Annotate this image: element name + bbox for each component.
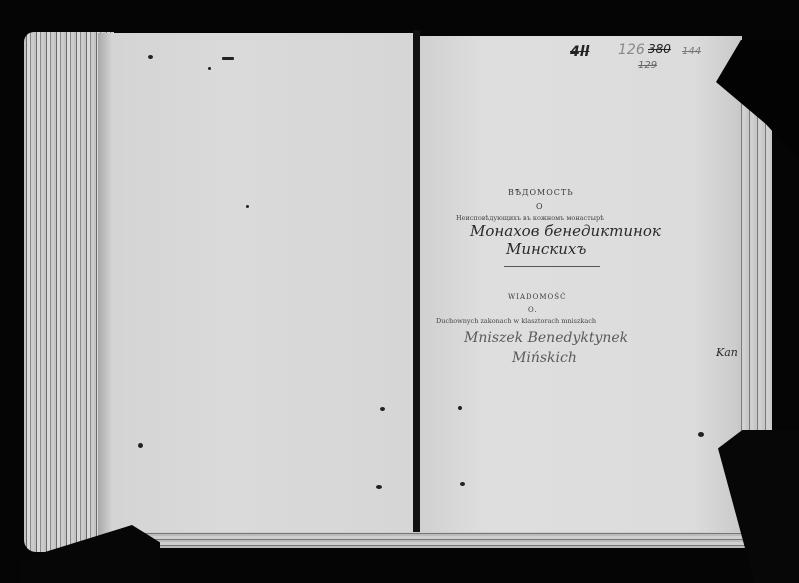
ink-spot bbox=[460, 482, 465, 486]
ru-handwritten-line2: Минскихъ bbox=[506, 240, 586, 258]
pl-prep: O. bbox=[528, 306, 538, 314]
ink-spot bbox=[380, 407, 385, 411]
folio-struck-small: 144 bbox=[682, 46, 701, 57]
pl-subtitle: Duchownych zakonach w klasztorach mniszk… bbox=[436, 317, 596, 325]
ink-spot bbox=[376, 485, 382, 489]
folio-number: 126 bbox=[618, 42, 645, 58]
folio-struck: 4ll bbox=[570, 44, 589, 60]
left-page bbox=[98, 33, 416, 543]
pl-handwritten-line1: Mniszek Benedyktynek bbox=[464, 330, 628, 346]
pl-title: WIADOMOŚĆ bbox=[508, 293, 566, 301]
ink-spot bbox=[246, 205, 249, 208]
ru-subtitle: Неисповѣдующихъ въ кожномъ монастырѣ bbox=[456, 214, 604, 222]
ink-spot bbox=[458, 406, 462, 410]
ru-title: ВѢДОМОСТЬ bbox=[508, 188, 574, 197]
ink-spot bbox=[208, 67, 211, 70]
divider-rule bbox=[504, 266, 600, 267]
ink-spot bbox=[148, 55, 153, 59]
folio-alt: 380 bbox=[648, 42, 671, 56]
book-gutter bbox=[413, 30, 420, 545]
ru-prep: О bbox=[536, 202, 544, 211]
ink-spot bbox=[138, 443, 143, 448]
book-bottom-edge bbox=[130, 532, 770, 548]
folio-struck-under: 129 bbox=[638, 60, 657, 71]
ink-spot bbox=[222, 57, 234, 60]
pl-margin-note: Kan bbox=[716, 346, 738, 359]
scan-background: 4ll 126 380 144 129 ВѢДОМОСТЬ О Неисповѣ… bbox=[0, 0, 799, 583]
ru-handwritten-line1: Монахов бенедиктинок bbox=[470, 222, 661, 240]
ink-spot bbox=[698, 432, 704, 437]
right-page: 4ll 126 380 144 129 ВѢДОМОСТЬ О Неисповѣ… bbox=[420, 36, 742, 540]
pl-handwritten-line2: Mińskich bbox=[512, 350, 577, 366]
